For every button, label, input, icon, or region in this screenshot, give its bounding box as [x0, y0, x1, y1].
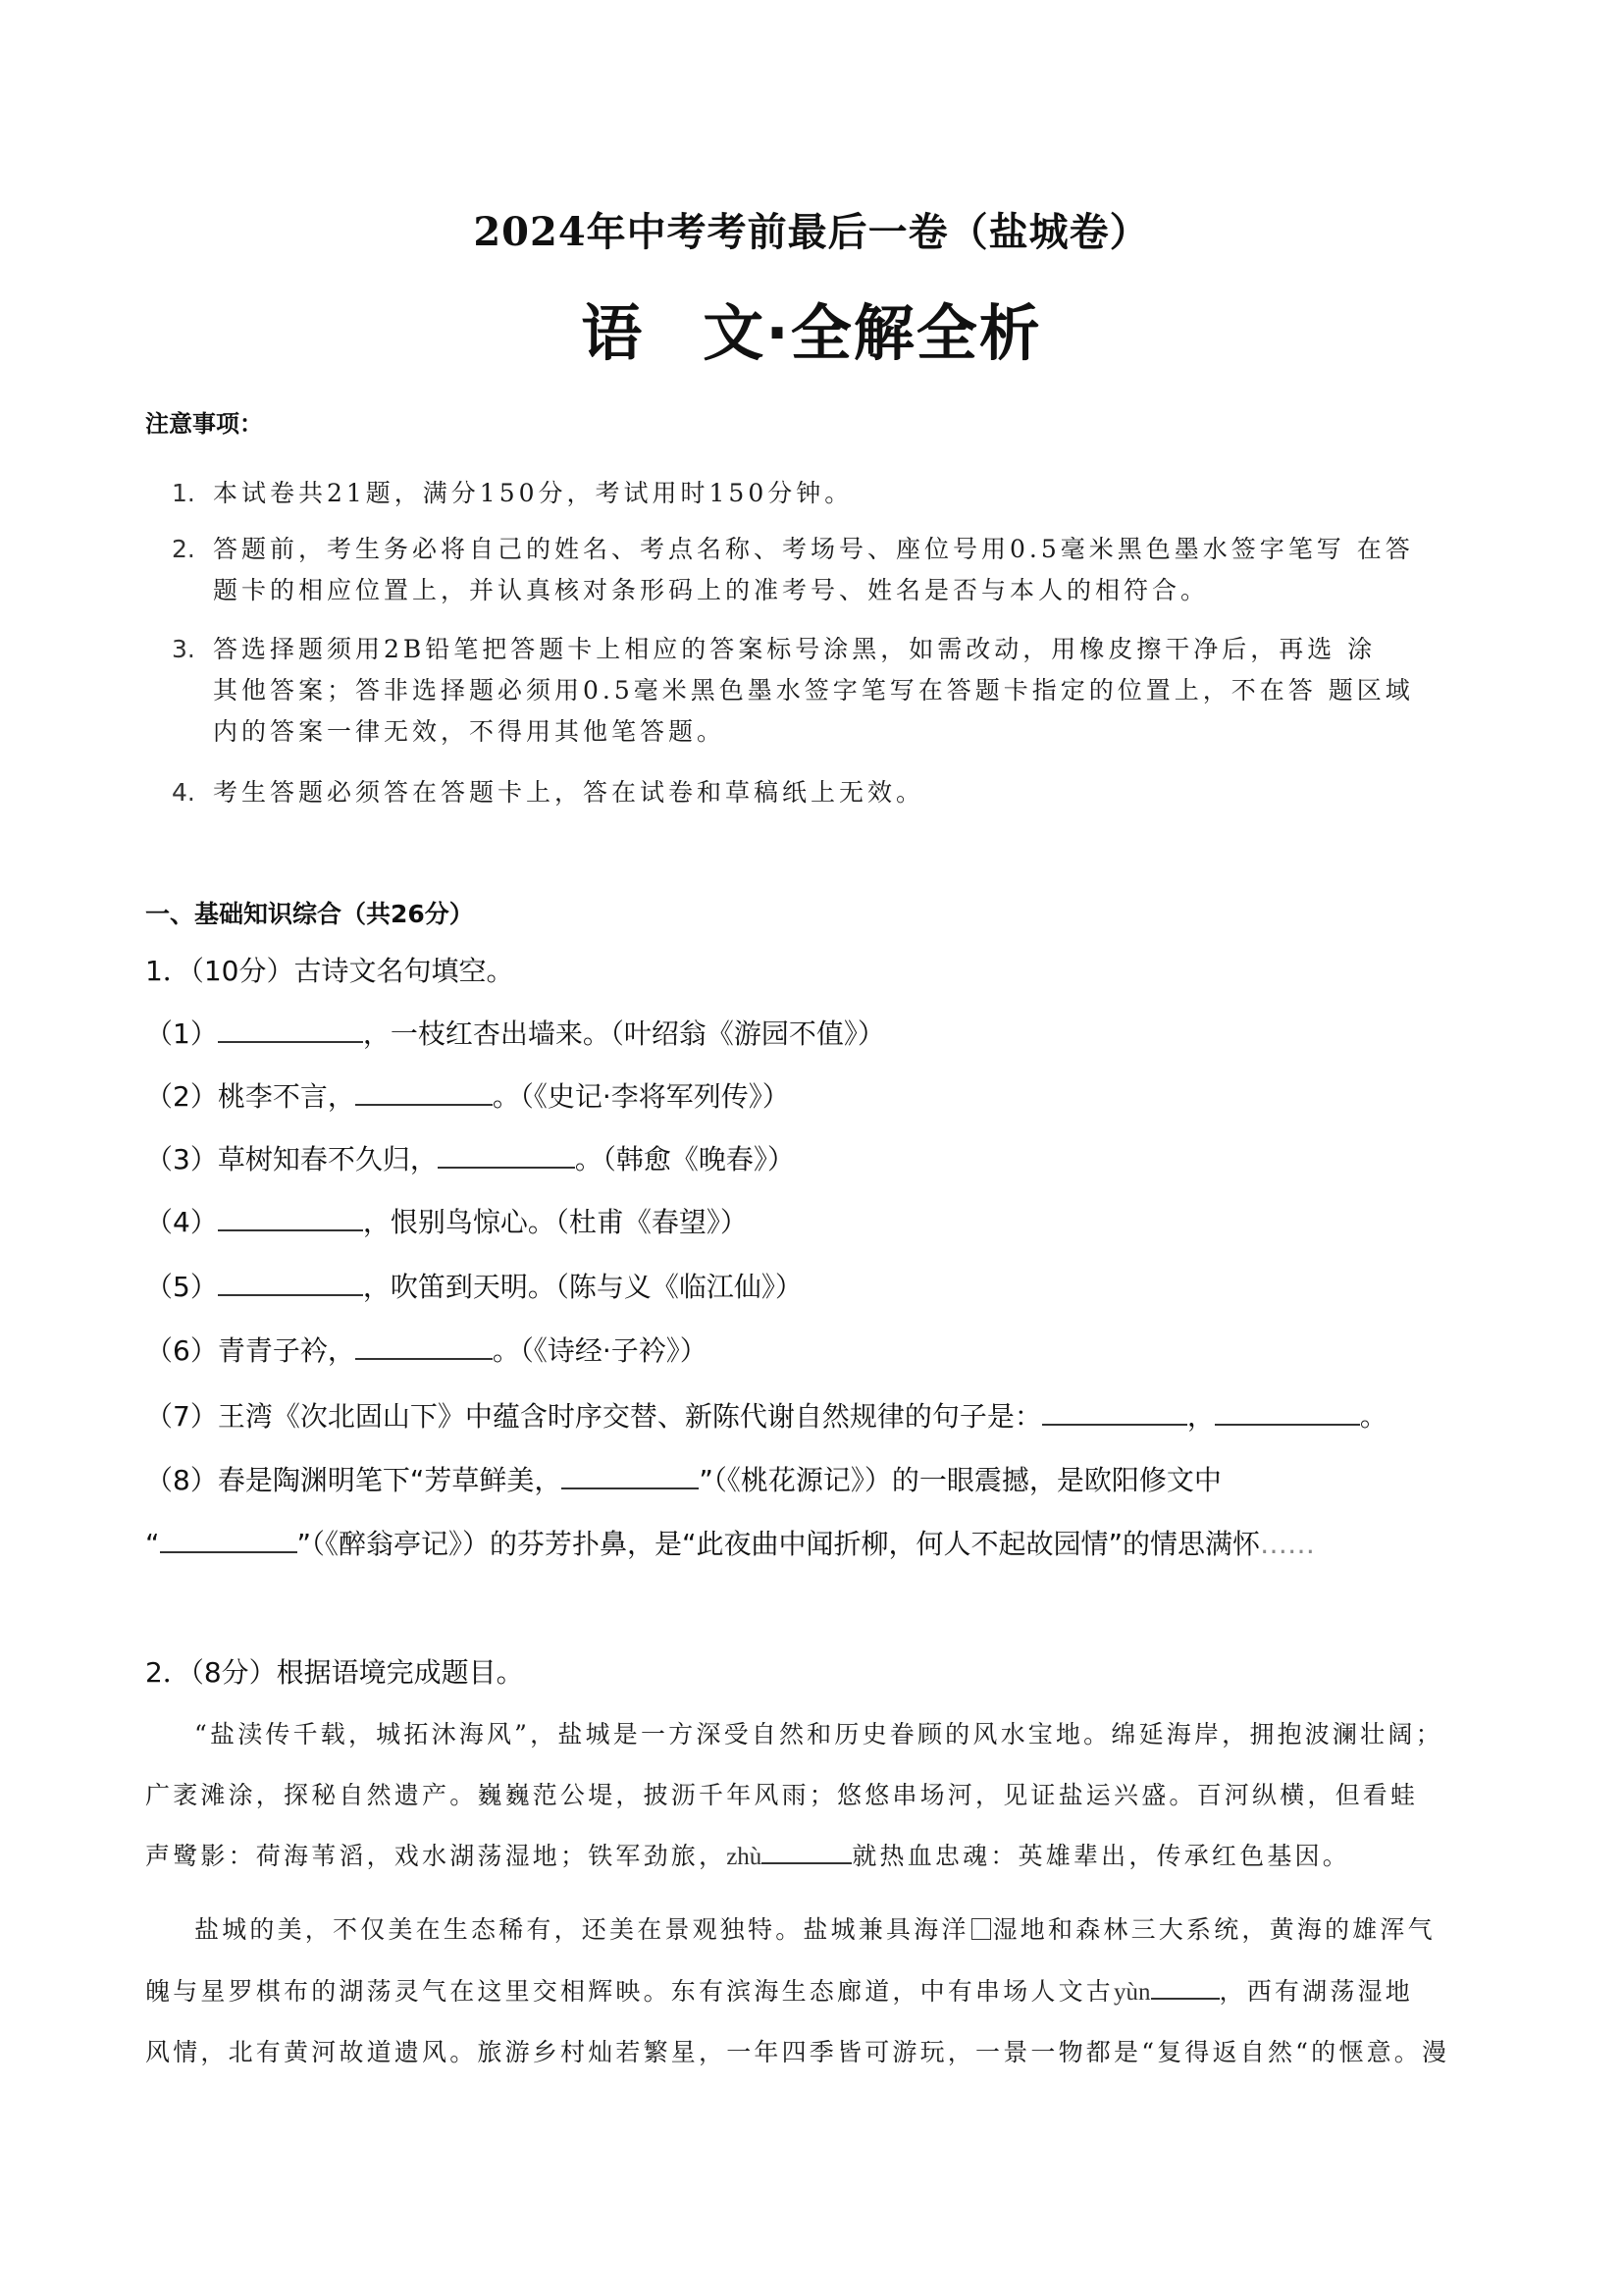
question-1-item-7: （7）王湾《次北固山下》中蕴含时序交替、新陈代谢自然规律的句子是：，。 — [145, 1395, 1387, 1435]
pinyin-zhu: zhù — [726, 1844, 761, 1870]
section-heading: 一、基础知识综合（共26分） — [145, 895, 474, 930]
answer-blank[interactable] — [561, 1464, 699, 1489]
answer-blank[interactable] — [1042, 1400, 1187, 1426]
subtitle-subject: 语 — [581, 297, 644, 369]
passage-2-line-1: 盐城的美，不仅美在生态稀有，还美在景观独特。盐城兼具海洋湿地和森林三大系统，黄海… — [194, 1910, 1436, 1946]
question-2-stem: 2．（8分）根据语境完成题目。 — [145, 1651, 524, 1691]
passage-1-line-3: 声鹭影：荷海苇滔，戏水湖荡湿地；铁军劲旅，zhù就热血忠魂：英雄辈出，传承红色基… — [145, 1837, 1350, 1872]
answer-blank[interactable] — [218, 1271, 363, 1296]
question-1-item-3: （3）草树知春不久归，。（韩愈《晚春》） — [145, 1138, 795, 1177]
passage-2-line-2: 魄与星罗棋布的湖荡灵气在这里交相辉映。东有滨海生态廊道，中有串场人文古yùn，西… — [145, 1972, 1413, 2008]
answer-blank[interactable] — [1151, 1974, 1220, 2000]
passage-1-line-1: “盐渎传千载，城拓沐海风”，盐城是一方深受自然和历史眷顾的风水宝地。绵延海岸，拥… — [194, 1715, 1443, 1750]
passage-2-line-3: 风情，北有黄河故道遗风。旅游乡村灿若繁星，一年四季皆可游玩，一景一物都是“复得返… — [145, 2033, 1449, 2068]
question-1-item-5: （5），吹笛到天明。（陈与义《临江仙》） — [145, 1266, 803, 1305]
notice-item-3-line-2: 其他答案；答非选择题必须用0.5毫米黑色墨水签字笔写在答题卡指定的位置上，不在答… — [213, 671, 1414, 706]
question-1-stem: 1．（10分）古诗文名句填空。 — [145, 950, 513, 989]
pinyin-yun: yùn — [1114, 1979, 1151, 2006]
exam-title: 2024年中考考前最后一卷（盐城卷） — [0, 201, 1623, 257]
notice-item-3: 3.答选择题须用2B铅笔把答题卡上相应的答案标号涂黑，如需改动，用橡皮擦干净后，… — [172, 630, 1376, 665]
answer-blank[interactable] — [218, 1206, 363, 1231]
missing-char-box — [971, 1918, 991, 1940]
notice-item-1: 1.本试卷共21题，满分150分，考试用时150分钟。 — [172, 474, 853, 509]
subtitle-rest: 文·全解全析 — [703, 297, 1042, 369]
question-1-item-2: （2）桃李不言，。（《史记·李将军列传》） — [145, 1075, 790, 1115]
answer-blank[interactable] — [218, 1018, 363, 1043]
exam-page: 2024年中考考前最后一卷（盐城卷） 语文·全解全析 注意事项： 1.本试卷共2… — [0, 0, 1623, 2296]
question-1-item-4: （4），恨别鸟惊心。（杜甫《春望》） — [145, 1201, 748, 1240]
question-1-item-1: （1），一枝红杏出墙来。（叶绍翁《游园不值》） — [145, 1013, 885, 1052]
passage-1-line-2: 广袤滩涂，探秘自然遗产。巍巍范公堤，披沥千年风雨；悠悠串场河，见证盐运兴盛。百河… — [145, 1776, 1418, 1811]
question-1-item-8-line-2: “”（《醉翁亭记》）的芬芳扑鼻，是“此夜曲中闻折柳，何人不起故园情”的情思满怀…… — [145, 1523, 1315, 1562]
notice-heading: 注意事项： — [145, 404, 263, 439]
question-1-item-6: （6）青青子衿，。（《诗经·子衿》） — [145, 1330, 707, 1369]
answer-blank[interactable] — [355, 1080, 493, 1106]
exam-subtitle: 语文·全解全析 — [0, 285, 1623, 372]
notice-item-2-line-2: 题卡的相应位置上，并认真核对条形码上的准考号、姓名是否与本人的相符合。 — [213, 571, 1209, 606]
answer-blank[interactable] — [438, 1143, 575, 1169]
notice-item-3-line-3: 内的答案一律无效，不得用其他笔答题。 — [213, 712, 725, 748]
answer-blank[interactable] — [1215, 1400, 1360, 1426]
question-1-item-8: （8）春是陶渊明笔下“芳草鲜美，”（《桃花源记》）的一眼震撼，是欧阳修文中 — [145, 1459, 1222, 1498]
notice-item-4: 4.考生答题必须答在答题卡上，答在试卷和草稿纸上无效。 — [172, 773, 924, 809]
answer-blank[interactable] — [761, 1839, 852, 1864]
answer-blank[interactable] — [160, 1528, 297, 1553]
answer-blank[interactable] — [355, 1334, 493, 1360]
notice-item-2: 2.答题前，考生务必将自己的姓名、考点名称、考场号、座位号用0.5毫米黑色墨水签… — [172, 530, 1414, 565]
